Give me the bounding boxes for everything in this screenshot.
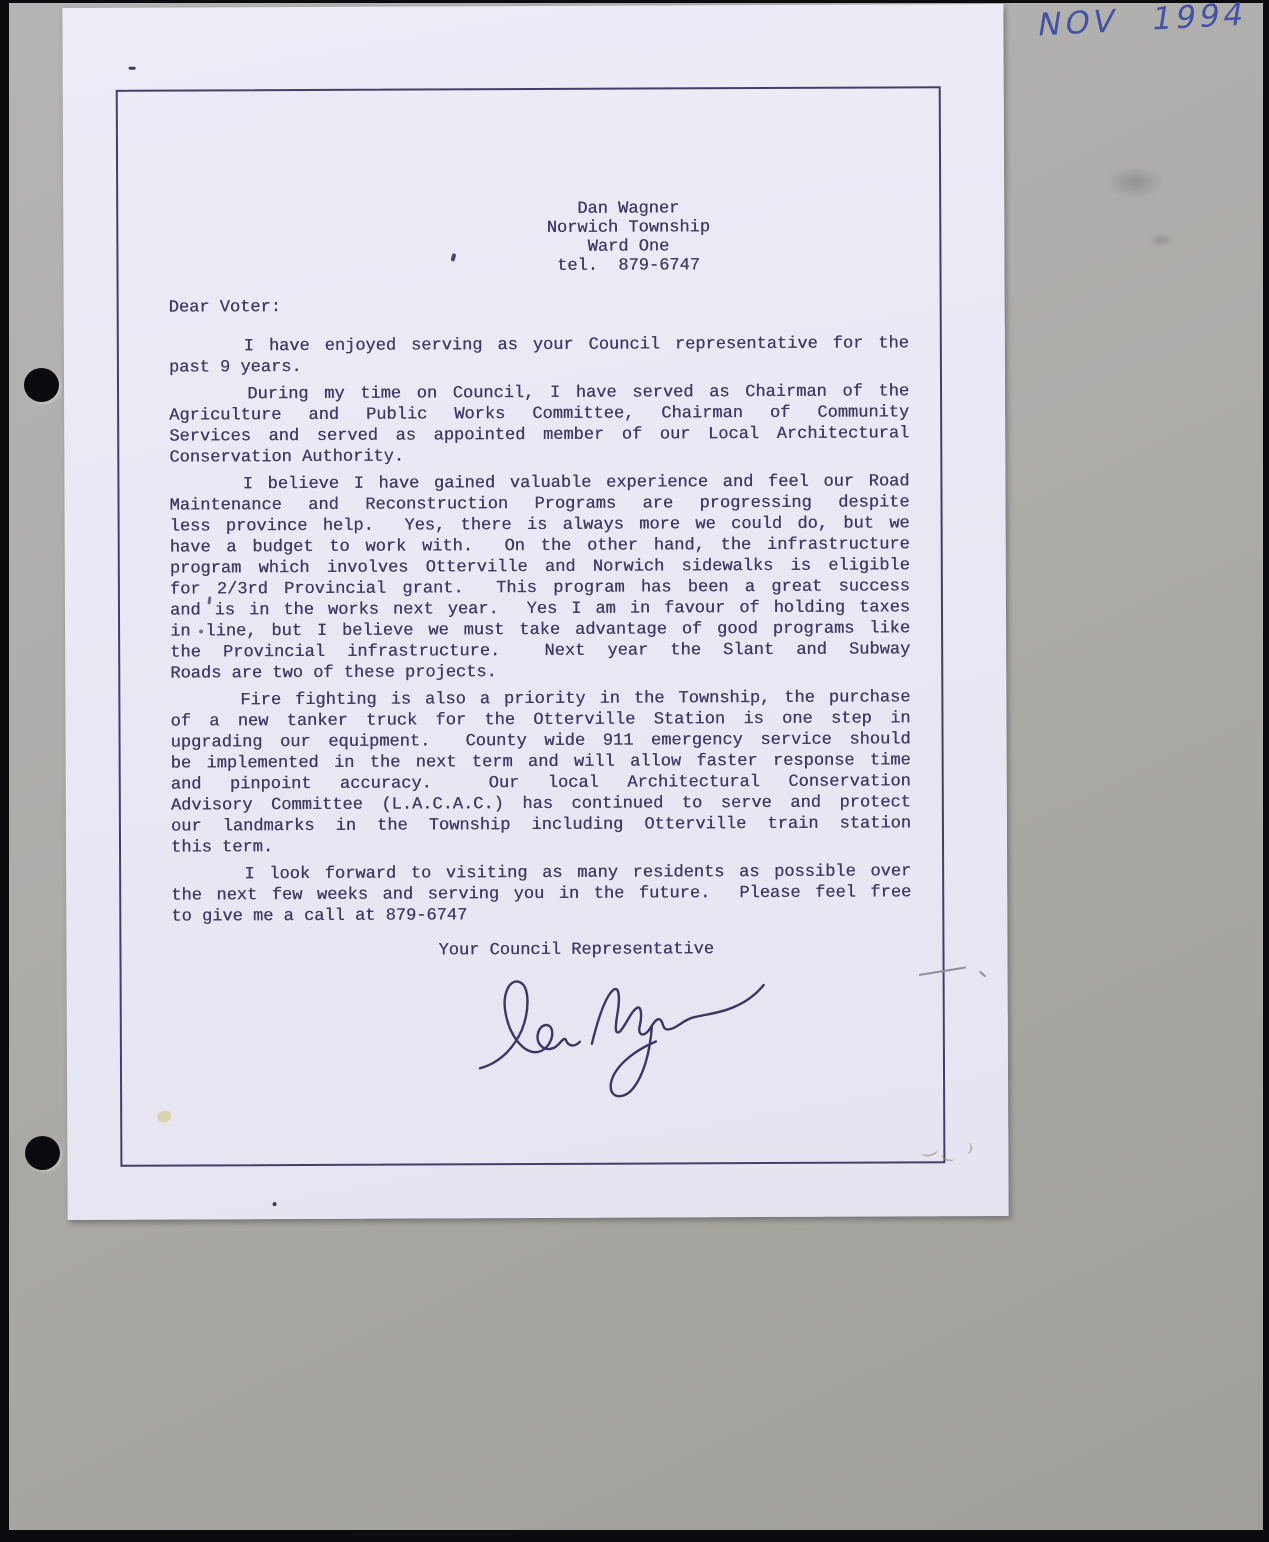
handwritten-month: NOV <box>1035 3 1121 44</box>
paragraph: Fire fighting is also a priority in the … <box>170 687 911 858</box>
typewritten-line: the Provincial infrastructure. Next year… <box>170 639 910 663</box>
salutation: Dear Voter: <box>169 294 909 318</box>
scanned-document: NOV1994 Dan Wagner Norwich Township Ward… <box>0 0 1269 1542</box>
pencil-squiggle <box>959 1141 973 1155</box>
signature <box>471 950 772 1111</box>
signature-strokes <box>471 950 772 1111</box>
typewritten-line: I have enjoyed serving as your Council r… <box>169 333 909 357</box>
paragraph: During my time on Council, I have served… <box>169 381 909 468</box>
typewritten-line: Roads are two of these projects. <box>170 660 910 684</box>
typewritten-line: to give me a call at 879-6747 <box>171 903 911 927</box>
typewritten-line: Services and served as appointed member … <box>169 423 909 447</box>
letter-paragraphs: I have enjoyed serving as your Council r… <box>169 333 912 927</box>
letter-body: Dan Wagner Norwich Township Ward One tel… <box>118 198 911 962</box>
sender-township: Norwich Township <box>418 218 838 239</box>
sender-ward: Ward One <box>418 237 838 258</box>
typewritten-line: Conservation Authority. <box>169 444 909 468</box>
handwritten-year: 1994 <box>1149 0 1250 38</box>
typewritten-line: past 9 years. <box>169 354 909 378</box>
spacer <box>1117 30 1151 32</box>
typewritten-line: the next few weeks and serving you in th… <box>171 882 911 906</box>
smudge-mark <box>1105 165 1165 199</box>
typewritten-line: our landmarks in the Township including … <box>171 813 911 837</box>
smudge-mark <box>1148 232 1174 248</box>
ink-speck <box>273 1202 277 1206</box>
ink-speck <box>129 67 136 70</box>
hole-punch <box>24 368 59 402</box>
letter-page: Dan Wagner Norwich Township Ward One tel… <box>62 4 1008 1220</box>
sender-phone: tel. 879-6747 <box>418 256 838 277</box>
paragraph: I have enjoyed serving as your Council r… <box>169 333 909 378</box>
paragraph: I believe I have gained valuable experie… <box>169 471 910 684</box>
paragraph: I look forward to visiting as many resid… <box>171 861 911 927</box>
sender-name: Dan Wagner <box>418 199 838 220</box>
pencil-mark <box>979 971 986 978</box>
ink-speck <box>199 629 203 633</box>
hole-punch <box>25 1136 60 1170</box>
typewritten-line: this term. <box>171 834 911 858</box>
